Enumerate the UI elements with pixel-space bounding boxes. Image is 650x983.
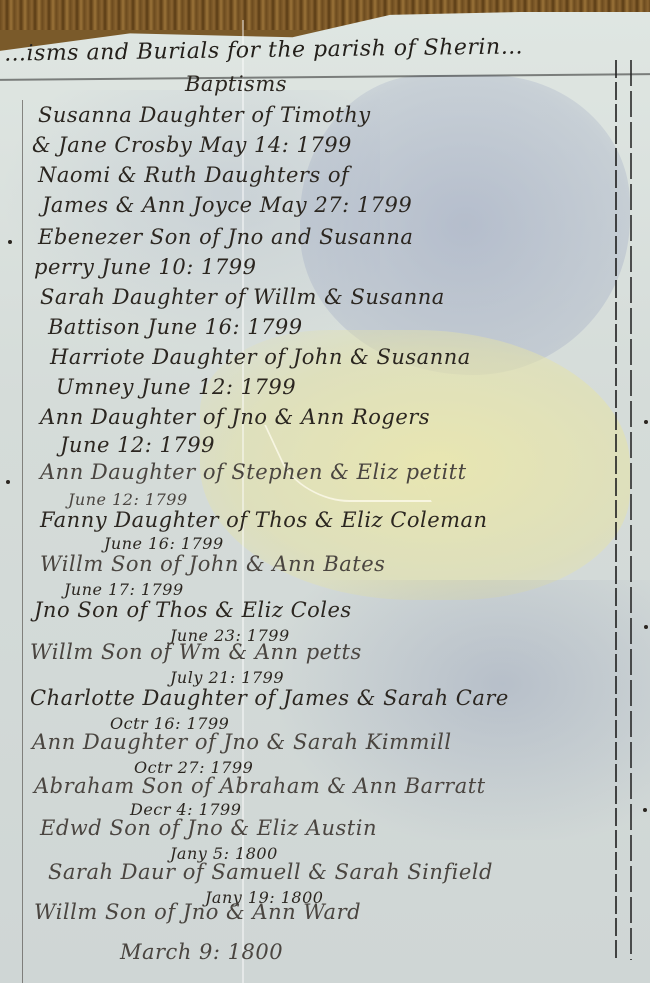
margin-ink-dot [8, 240, 12, 244]
entry-line: Ann Daughter of Jno & Sarah Kimmill [32, 730, 452, 754]
entry-date-line: July 21: 1799 [170, 668, 284, 687]
entry-line: Edwd Son of Jno & Eliz Austin [40, 816, 377, 840]
entry-line: Jno Son of Thos & Eliz Coles [34, 598, 352, 622]
entry-line: Ann Daughter of Stephen & Eliz petitt [40, 460, 467, 484]
entry-line: Sarah Daughter of Willm & Susanna [40, 285, 445, 309]
entry-line: Willm Son of John & Ann Bates [40, 552, 385, 576]
right-margin-rule [630, 60, 632, 960]
entry-date-line: June 12: 1799 [68, 490, 188, 509]
entry-line: Naomi & Ruth Daughters of [38, 163, 349, 187]
left-margin-rule [22, 100, 23, 983]
right-margin-rule [615, 60, 617, 960]
entry-date-line: & Jane Crosby May 14: 1799 [32, 133, 352, 157]
margin-ink-dot [644, 625, 648, 629]
entry-line: Charlotte Daughter of James & Sarah Care [30, 686, 509, 710]
entry-date-line: March 9: 1800 [120, 940, 283, 964]
entry-line: Willm Son of Jno & Ann Ward [34, 900, 361, 924]
entry-line: Fanny Daughter of Thos & Eliz Coleman [40, 508, 488, 532]
entry-date-line: June 17: 1799 [64, 580, 184, 599]
entry-date-line: James & Ann Joyce May 27: 1799 [42, 193, 412, 217]
margin-ink-dot [6, 480, 10, 484]
entry-date-line: Umney June 12: 1799 [56, 375, 296, 399]
entry-date-line: June 16: 1799 [104, 534, 224, 553]
entry-line: Harriote Daughter of John & Susanna [50, 345, 471, 369]
entry-line: Willm Son of Wm & Ann petts [30, 640, 362, 664]
entry-date-line: Battison June 16: 1799 [48, 315, 303, 339]
entry-line: Ebenezer Son of Jno and Susanna [38, 225, 413, 249]
entry-line: Abraham Son of Abraham & Ann Barratt [34, 774, 486, 798]
entry-date-line: June 12: 1799 [60, 433, 215, 457]
entry-date-line: perry June 10: 1799 [34, 255, 256, 279]
entry-line: Sarah Daur of Samuell & Sarah Sinfield [48, 860, 493, 884]
section-title: Baptisms [185, 72, 287, 96]
margin-ink-dot [643, 808, 647, 812]
entry-line: Susanna Daughter of Timothy [38, 103, 371, 127]
margin-ink-dot [644, 420, 648, 424]
entry-line: Ann Daughter of Jno & Ann Rogers [40, 405, 430, 429]
